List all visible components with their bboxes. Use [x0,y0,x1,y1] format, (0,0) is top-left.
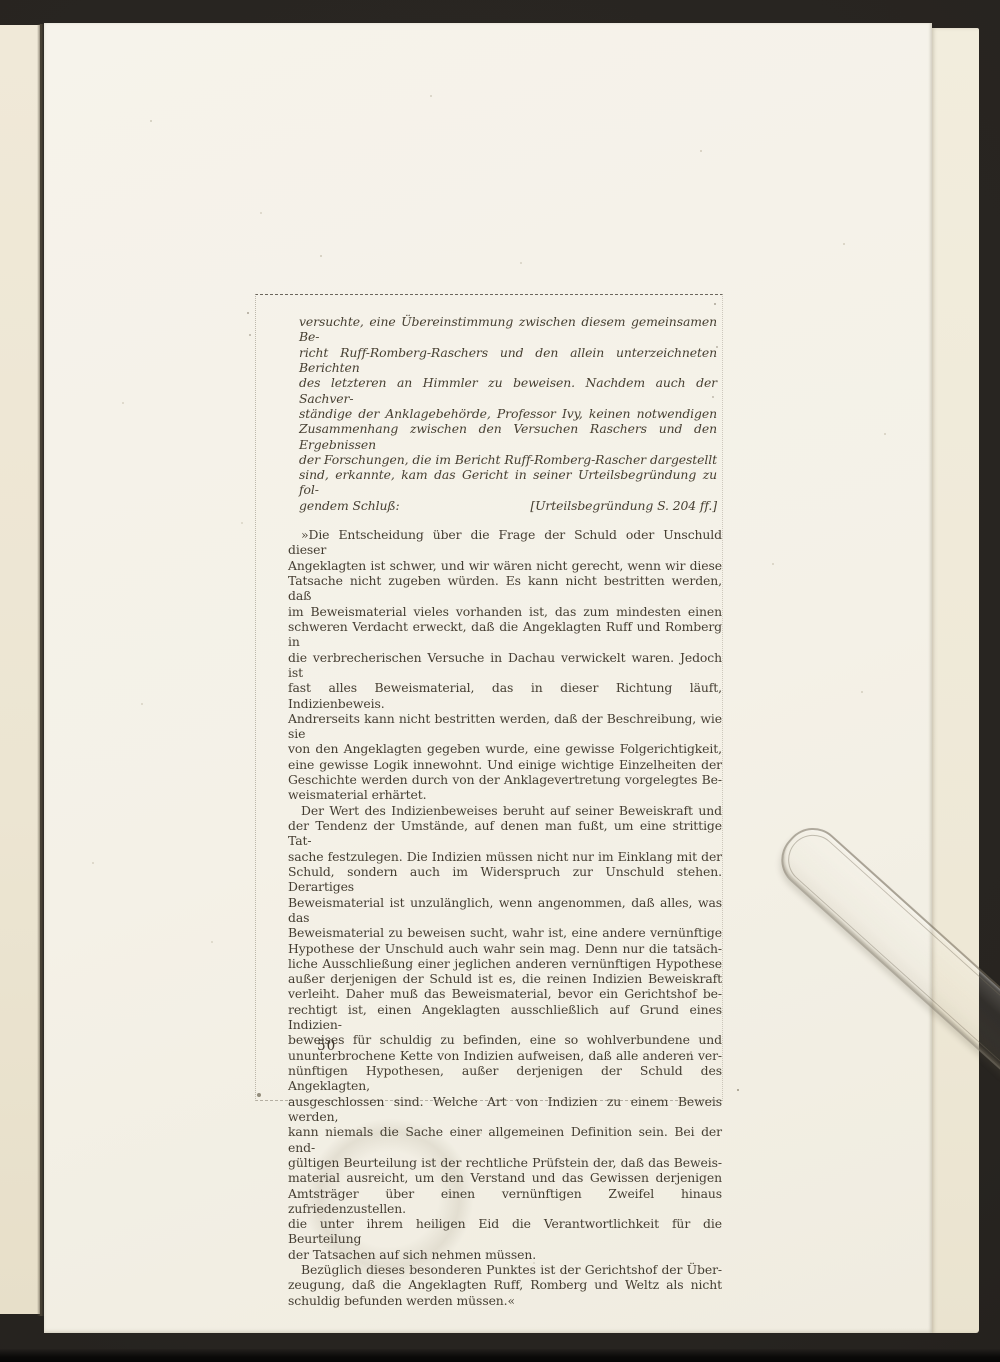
paragraph: Der Wert des Indizienbeweises beruht auf… [288,803,722,1262]
text-line: ausgeschlossen sind. Welche Art von Indi… [288,1094,722,1125]
text-line: material ausreicht, um den Verstand und … [288,1170,722,1185]
text-line: Beweismaterial ist unzulänglich, wenn an… [288,895,722,926]
text-line: von den Angeklagten gegeben wurde, eine … [288,741,722,756]
text-line: weismaterial erhärtet. [288,787,722,802]
text-line: Zusammenhang zwischen den Versuchen Rasc… [299,421,717,452]
text-line: verleiht. Daher muß das Beweismaterial, … [288,986,722,1001]
text-line: die unter ihrem heiligen Eid die Verantw… [288,1216,722,1247]
text-line: ständige der Anklagebehörde, Professor I… [299,406,717,421]
text-line: »Die Entscheidung über die Frage der Sch… [288,527,722,558]
text-line: nünftigen Hypothesen, außer derjenigen d… [288,1063,722,1094]
text-line: Hypothese der Unschuld auch wahr sein ma… [288,941,722,956]
text-line: Der Wert des Indizienbeweises beruht auf… [288,803,722,818]
text-line: der Tendenz der Umstände, auf denen man … [288,818,722,849]
text-line: Beweismaterial zu beweisen sucht, wahr i… [288,925,722,940]
text-line: fast alles Beweismaterial, das in dieser… [288,680,722,711]
text-line: Tatsache nicht zugeben würden. Es kann n… [288,573,722,604]
text-line: beweises für schuldig zu befinden, eine … [288,1032,722,1047]
text-line: Bezüglich dieses besonderen Punktes ist … [288,1262,722,1277]
text-line: im Beweismaterial vieles vorhanden ist, … [288,604,722,619]
text-line: sind, erkannte, kam das Gericht in seine… [299,467,717,498]
left-book-edge [0,25,40,1314]
text-line-right: [Urteilsbegründung S. 204 ff.] [530,498,717,513]
text-line: Andrerseits kann nicht bestritten werden… [288,711,722,742]
text-line: kann niemals die Sache einer allgemeinen… [288,1124,722,1155]
text-line: ununterbrochene Kette von Indizien aufwe… [288,1048,722,1063]
page-number: 50 [317,1038,336,1054]
scan-specks [0,0,2,2]
text-line: der Forschungen, die im Bericht Ruff-Rom… [299,452,717,467]
text-line: rechtigt ist, einen Angeklagten ausschli… [288,1002,722,1033]
text-line-left: gendem Schluß: [299,498,400,513]
text-line: eine gewisse Logik innewohnt. Und einige… [288,757,722,772]
text-line: Amtsträger über einen vernünftigen Zweif… [288,1186,722,1217]
text-line: die verbrecherischen Versuche in Dachau … [288,650,722,681]
text-line: Schuld, sondern auch im Widerspruch zur … [288,864,722,895]
paragraph: Bezüglich dieses besonderen Punktes ist … [288,1262,722,1308]
text-line: gendem Schluß:[Urteilsbegründung S. 204 … [299,498,717,513]
paragraph: »Die Entscheidung über die Frage der Sch… [288,527,722,803]
text-line: gültigen Beurteilung ist der rechtliche … [288,1155,722,1170]
text-line: der Tatsachen auf sich nehmen müssen. [288,1247,722,1262]
scanner-bottom-edge [0,1349,1000,1362]
text-line: sache festzulegen. Die Indizien müssen n… [288,849,722,864]
text-line: schweren Verdacht erweckt, daß die Angek… [288,619,722,650]
text-block: versuchte, eine Übereinstimmung zwischen… [288,314,722,1308]
text-line: schuldig befunden werden müssen.« [288,1293,722,1308]
text-line: liche Ausschließung einer jeglichen ande… [288,956,722,971]
text-line: Angeklagten ist schwer, und wir wären ni… [288,558,722,573]
text-line: richt Ruff-Romberg-Raschers und den alle… [299,345,717,376]
text-line: zeugung, daß die Angeklagten Ruff, Rombe… [288,1277,722,1292]
paragraph: versuchte, eine Übereinstimmung zwischen… [299,314,717,513]
text-line: außer derjenigen der Schuld ist es, die … [288,971,722,986]
text-line: des letzteren an Himmler zu beweisen. Na… [299,375,717,406]
text-line: Geschichte werden durch von der Anklagev… [288,772,722,787]
text-line: versuchte, eine Übereinstimmung zwischen… [299,314,717,345]
underlying-page-edge [931,28,979,1333]
